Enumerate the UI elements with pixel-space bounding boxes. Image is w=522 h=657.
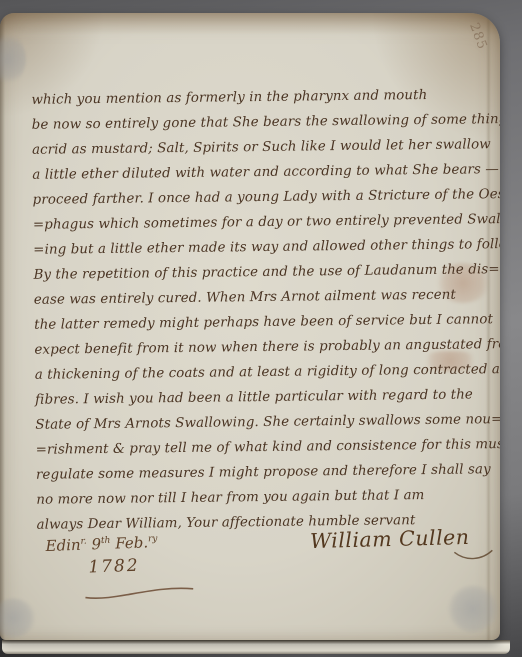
letter-page: 285 which you mention as formerly in the…	[0, 13, 500, 640]
underlying-page-edge	[2, 640, 510, 654]
dateline-day-superscript: th	[101, 536, 111, 546]
dateline-day: 9	[86, 535, 101, 553]
year-underline-flourish	[81, 582, 202, 604]
page-left-edge-shadow	[0, 13, 5, 640]
date-block: Edinr. 9th Feb.ry 1782	[45, 533, 158, 579]
signature-text: William Cullen	[310, 525, 470, 553]
signature: William Cullen	[310, 525, 470, 553]
dateline-month-superscript: ry	[148, 534, 158, 544]
dateline-year: 1782	[88, 555, 159, 577]
dateline: Edinr. 9th Feb.ry	[45, 533, 157, 555]
flourish-stroke	[85, 588, 193, 599]
sticker-stain	[0, 598, 36, 638]
photograph-background: 285 which you mention as formerly in the…	[0, 0, 522, 657]
signature-flourish	[452, 548, 494, 563]
flourish-stroke	[454, 550, 492, 559]
letter-body: which you mention as formerly in the pha…	[31, 82, 494, 538]
dateline-city: Edin	[45, 536, 81, 555]
sticker-stain	[0, 33, 26, 85]
sticker-stain	[448, 585, 498, 633]
dateline-month: Feb.	[110, 533, 148, 552]
